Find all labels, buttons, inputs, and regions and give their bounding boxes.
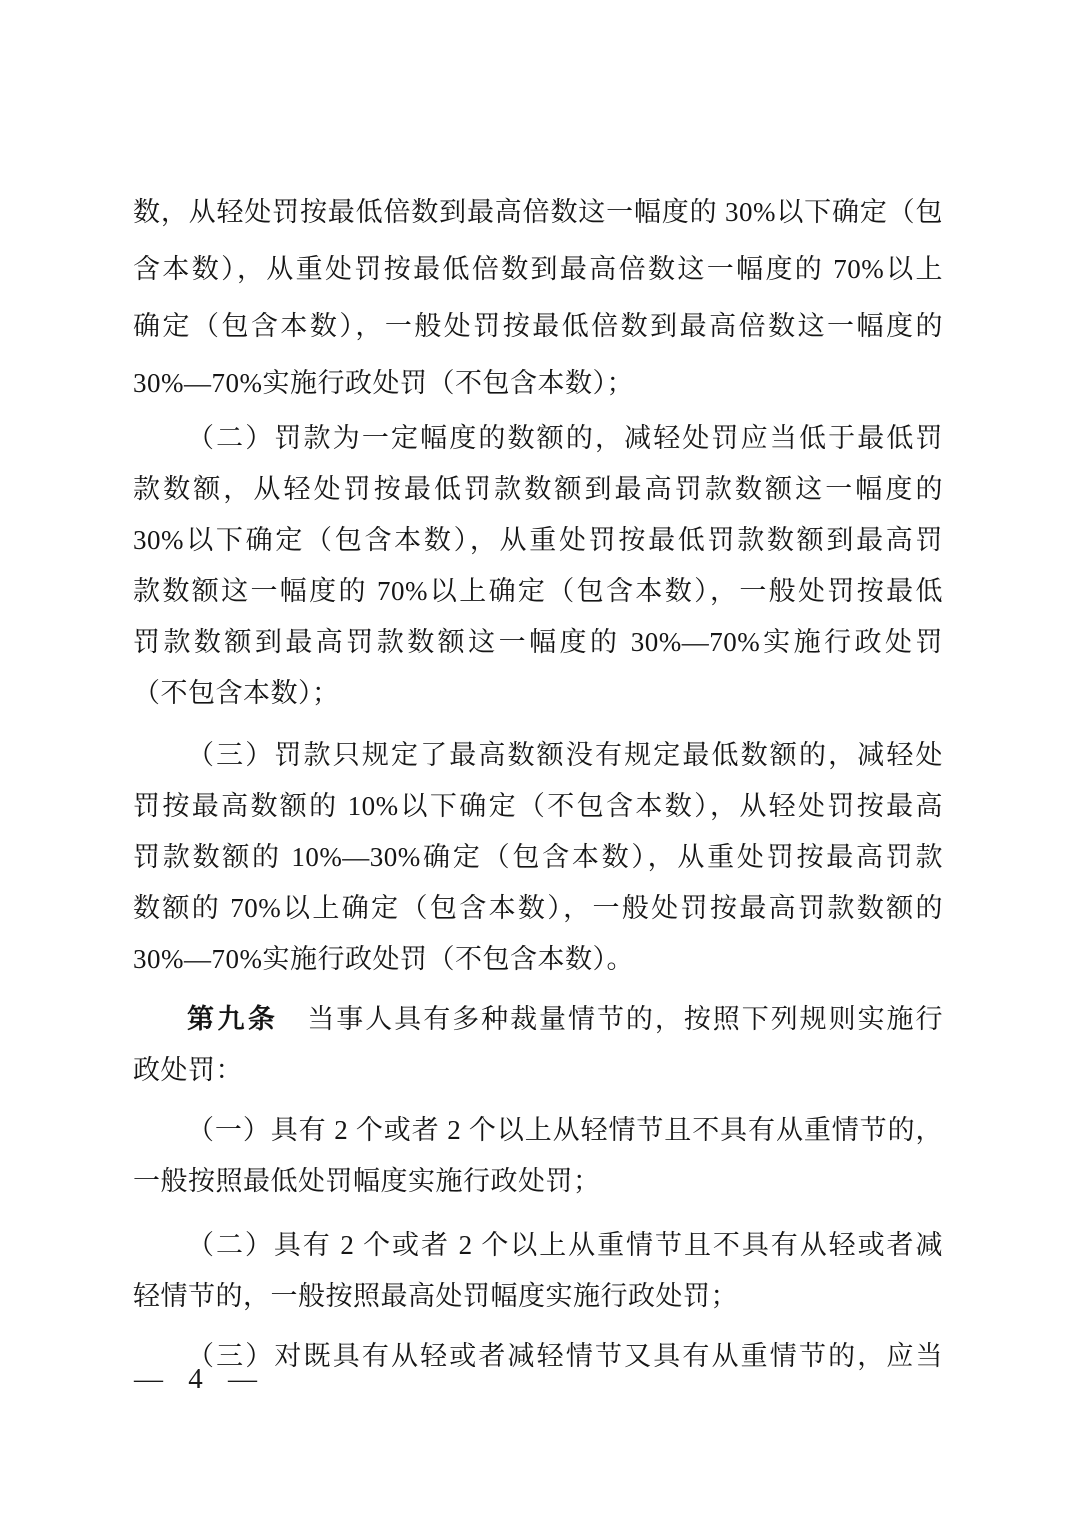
- text-line: 确定（包含本数），一般处罚按最低倍数到最高倍数这一幅度的: [133, 298, 943, 355]
- text-line: （一）具有 2 个或者 2 个以上从轻情节且不具有从重情节的，: [133, 1105, 943, 1156]
- document-body: 数，从轻处罚按最低倍数到最高倍数这一幅度的 30%以下确定（包含本数），从重处罚…: [133, 184, 943, 1382]
- text-line: （二）具有 2 个或者 2 个以上从重情节且不具有从轻或者减: [133, 1220, 943, 1271]
- paragraph: （一）具有 2 个或者 2 个以上从轻情节且不具有从重情节的，一般按照最低处罚幅…: [133, 1105, 943, 1207]
- text-line: （三）罚款只规定了最高数额没有规定最低数额的，减轻处: [133, 730, 943, 781]
- text-line: 30%以下确定（包含本数），从重处罚按最低罚款数额到最高罚: [133, 515, 943, 566]
- text-line: 款数额，从轻处罚按最低罚款数额到最高罚款数额这一幅度的: [133, 464, 943, 515]
- text-line: 第九条 当事人具有多种裁量情节的，按照下列规则实施行: [133, 994, 943, 1045]
- text-line: 一般按照最低处罚幅度实施行政处罚；: [133, 1156, 943, 1207]
- text-line: 数，从轻处罚按最低倍数到最高倍数这一幅度的 30%以下确定（包: [133, 184, 943, 241]
- page-footer: — 4 —: [134, 1363, 266, 1396]
- document-page: { "page": { "footer_label": "— 4 —", "pa…: [0, 0, 1074, 1520]
- paragraph: 数，从轻处罚按最低倍数到最高倍数这一幅度的 30%以下确定（包含本数），从重处罚…: [133, 184, 943, 412]
- text-line: 款数额这一幅度的 70%以上确定（包含本数），一般处罚按最低: [133, 566, 943, 617]
- paragraph: 第九条 当事人具有多种裁量情节的，按照下列规则实施行政处罚：: [133, 994, 943, 1096]
- paragraph: （二）具有 2 个或者 2 个以上从重情节且不具有从轻或者减轻情节的，一般按照最…: [133, 1220, 943, 1322]
- text-line: 罚按最高数额的 10%以下确定（不包含本数），从轻处罚按最高: [133, 781, 943, 832]
- text-line: 轻情节的，一般按照最高处罚幅度实施行政处罚；: [133, 1271, 943, 1322]
- text-line: （二）罚款为一定幅度的数额的，减轻处罚应当低于最低罚: [133, 413, 943, 464]
- article-number: 第九条: [187, 1004, 278, 1034]
- text-line: 30%—70%实施行政处罚（不包含本数）；: [133, 355, 943, 412]
- text-line: 数额的 70%以上确定（包含本数），一般处罚按最高罚款数额的: [133, 883, 943, 934]
- text-line: 罚款数额的 10%—30%确定（包含本数），从重处罚按最高罚款: [133, 832, 943, 883]
- text-line: 30%—70%实施行政处罚（不包含本数）。: [133, 934, 943, 985]
- page-number: — 4 —: [134, 1363, 266, 1395]
- text-line: 含本数），从重处罚按最低倍数到最高倍数这一幅度的 70%以上: [133, 241, 943, 298]
- paragraph: （二）罚款为一定幅度的数额的，减轻处罚应当低于最低罚款数额，从轻处罚按最低罚款数…: [133, 413, 943, 719]
- paragraph: （三）罚款只规定了最高数额没有规定最低数额的，减轻处罚按最高数额的 10%以下确…: [133, 730, 943, 985]
- text-line: （不包含本数）；: [133, 668, 943, 719]
- text-line: 政处罚：: [133, 1045, 943, 1096]
- text-line: 罚款数额到最高罚款数额这一幅度的 30%—70%实施行政处罚: [133, 617, 943, 668]
